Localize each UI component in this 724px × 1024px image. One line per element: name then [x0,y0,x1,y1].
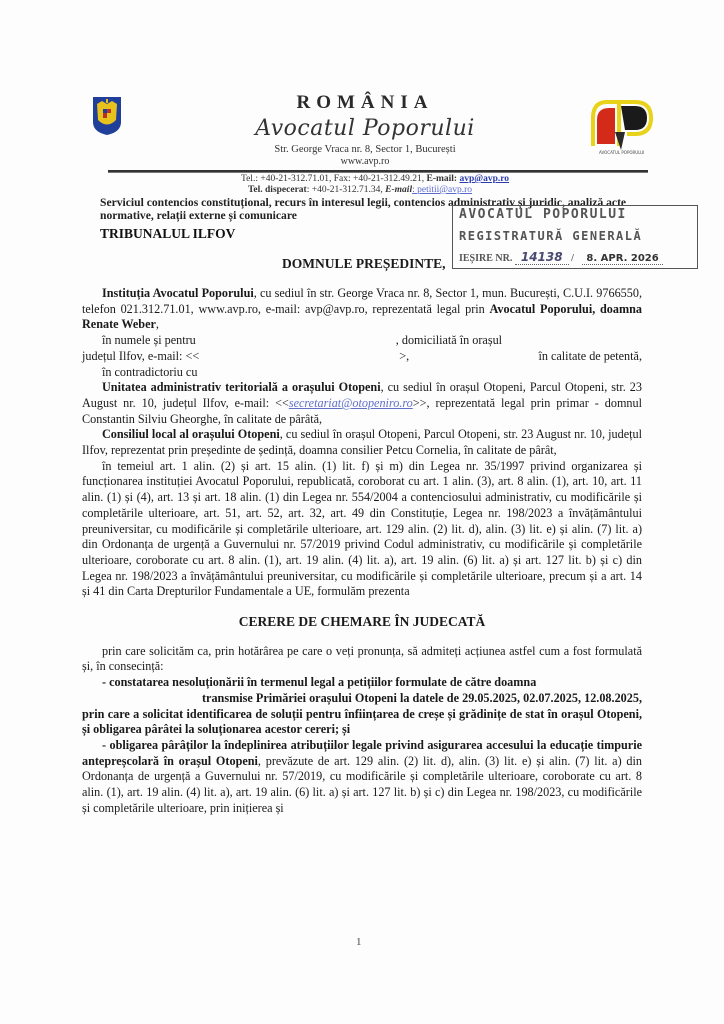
logo-caption: AVOCATUL POPORULUI [599,150,644,155]
paragraph-defendant-council: Consiliul local al orașului Otopeni, cu … [82,427,642,458]
paragraph-legal-basis: în temeiul art. 1 alin. (2) și art. 15 a… [82,459,642,600]
romania-coat-of-arms-icon [92,96,122,136]
stamp-date: 8. APR. 2026 [582,253,662,265]
avocatul-poporului-logo-icon: AVOCATUL POPORULUI [585,96,657,158]
stamp-institution: AVOCATUL POPORULUI [459,207,627,222]
document-body: Instituția Avocatul Poporului, cu sediul… [82,286,642,817]
paragraph-petitioner-institution: Instituția Avocatul Poporului, cu sediul… [82,286,642,333]
request-item-1: - constatarea nesoluționării în termenul… [82,675,642,738]
institution-website[interactable]: www.avp.ro [220,156,510,167]
email-link-otopeni[interactable]: secretariat@otopeniro.ro [289,396,413,410]
page-number: 1 [356,936,362,948]
stamp-registry: REGISTRATURĂ GENERALĂ [459,229,642,243]
email-link-avp[interactable]: avp@avp.ro [459,174,509,184]
contact-line-1: Tel.: +40-21-312.71.01, Fax: +40-21-312.… [110,174,640,184]
letterhead-divider [108,170,648,173]
email-link-petitii[interactable]: : petitii@avp.ro [412,185,472,195]
dispatch-label: Tel. dispecerat [248,185,307,195]
dispatch-phone: : +40-21-312.71.34, [307,185,385,195]
contact-phones: Tel.: +40-21-312.71.01, Fax: +40-21-312.… [241,174,427,184]
letterhead: ROMÂNIA Avocatul Poporului Str. George V… [220,92,510,167]
document-title: CERERE DE CHEMARE ÎN JUDECATĂ [82,614,642,630]
document-page: AVOCATUL POPORULUI ROMÂNIA Avocatul Popo… [0,0,724,1024]
contact-line-2: Tel. dispecerat: +40-21-312.71.34, E-mai… [180,185,540,195]
paragraph-contradictory: în contradictoriu cu [82,365,642,381]
stamp-exit-label: IEȘIRE NR. [459,253,512,264]
stamp-exit-number: 14138 [515,250,569,265]
salutation: DOMNULE PREȘEDINTE, [282,256,446,272]
registry-stamp: AVOCATUL POPORULUI REGISTRATURĂ GENERALĂ… [452,205,698,269]
stamp-exit-line: IEȘIRE NR. 14138 / 8. APR. 2026 [459,250,663,264]
paragraph-petitioner-email: județul Ilfov, e-mail: <<>,în calitate d… [82,349,642,365]
email-label: E-mail: [426,174,459,184]
request-item-2: - obligarea pârâților la îndeplinirea at… [82,738,642,817]
paragraph-defendant-uat: Unitatea administrativ teritorială a ora… [82,380,642,427]
paragraph-on-behalf: în numele și pentru, domiciliată în oraș… [82,333,642,349]
email-label-2: E-mail [385,185,412,195]
country-title: ROMÂNIA [220,92,510,114]
paragraph-request: prin care solicităm ca, prin hotărârea p… [82,644,642,675]
institution-script-title: Avocatul Poporului [220,116,510,141]
addressee-court: TRIBUNALUL ILFOV [100,226,235,242]
institution-address: Str. George Vraca nr. 8, Sector 1, Bucur… [220,144,510,155]
